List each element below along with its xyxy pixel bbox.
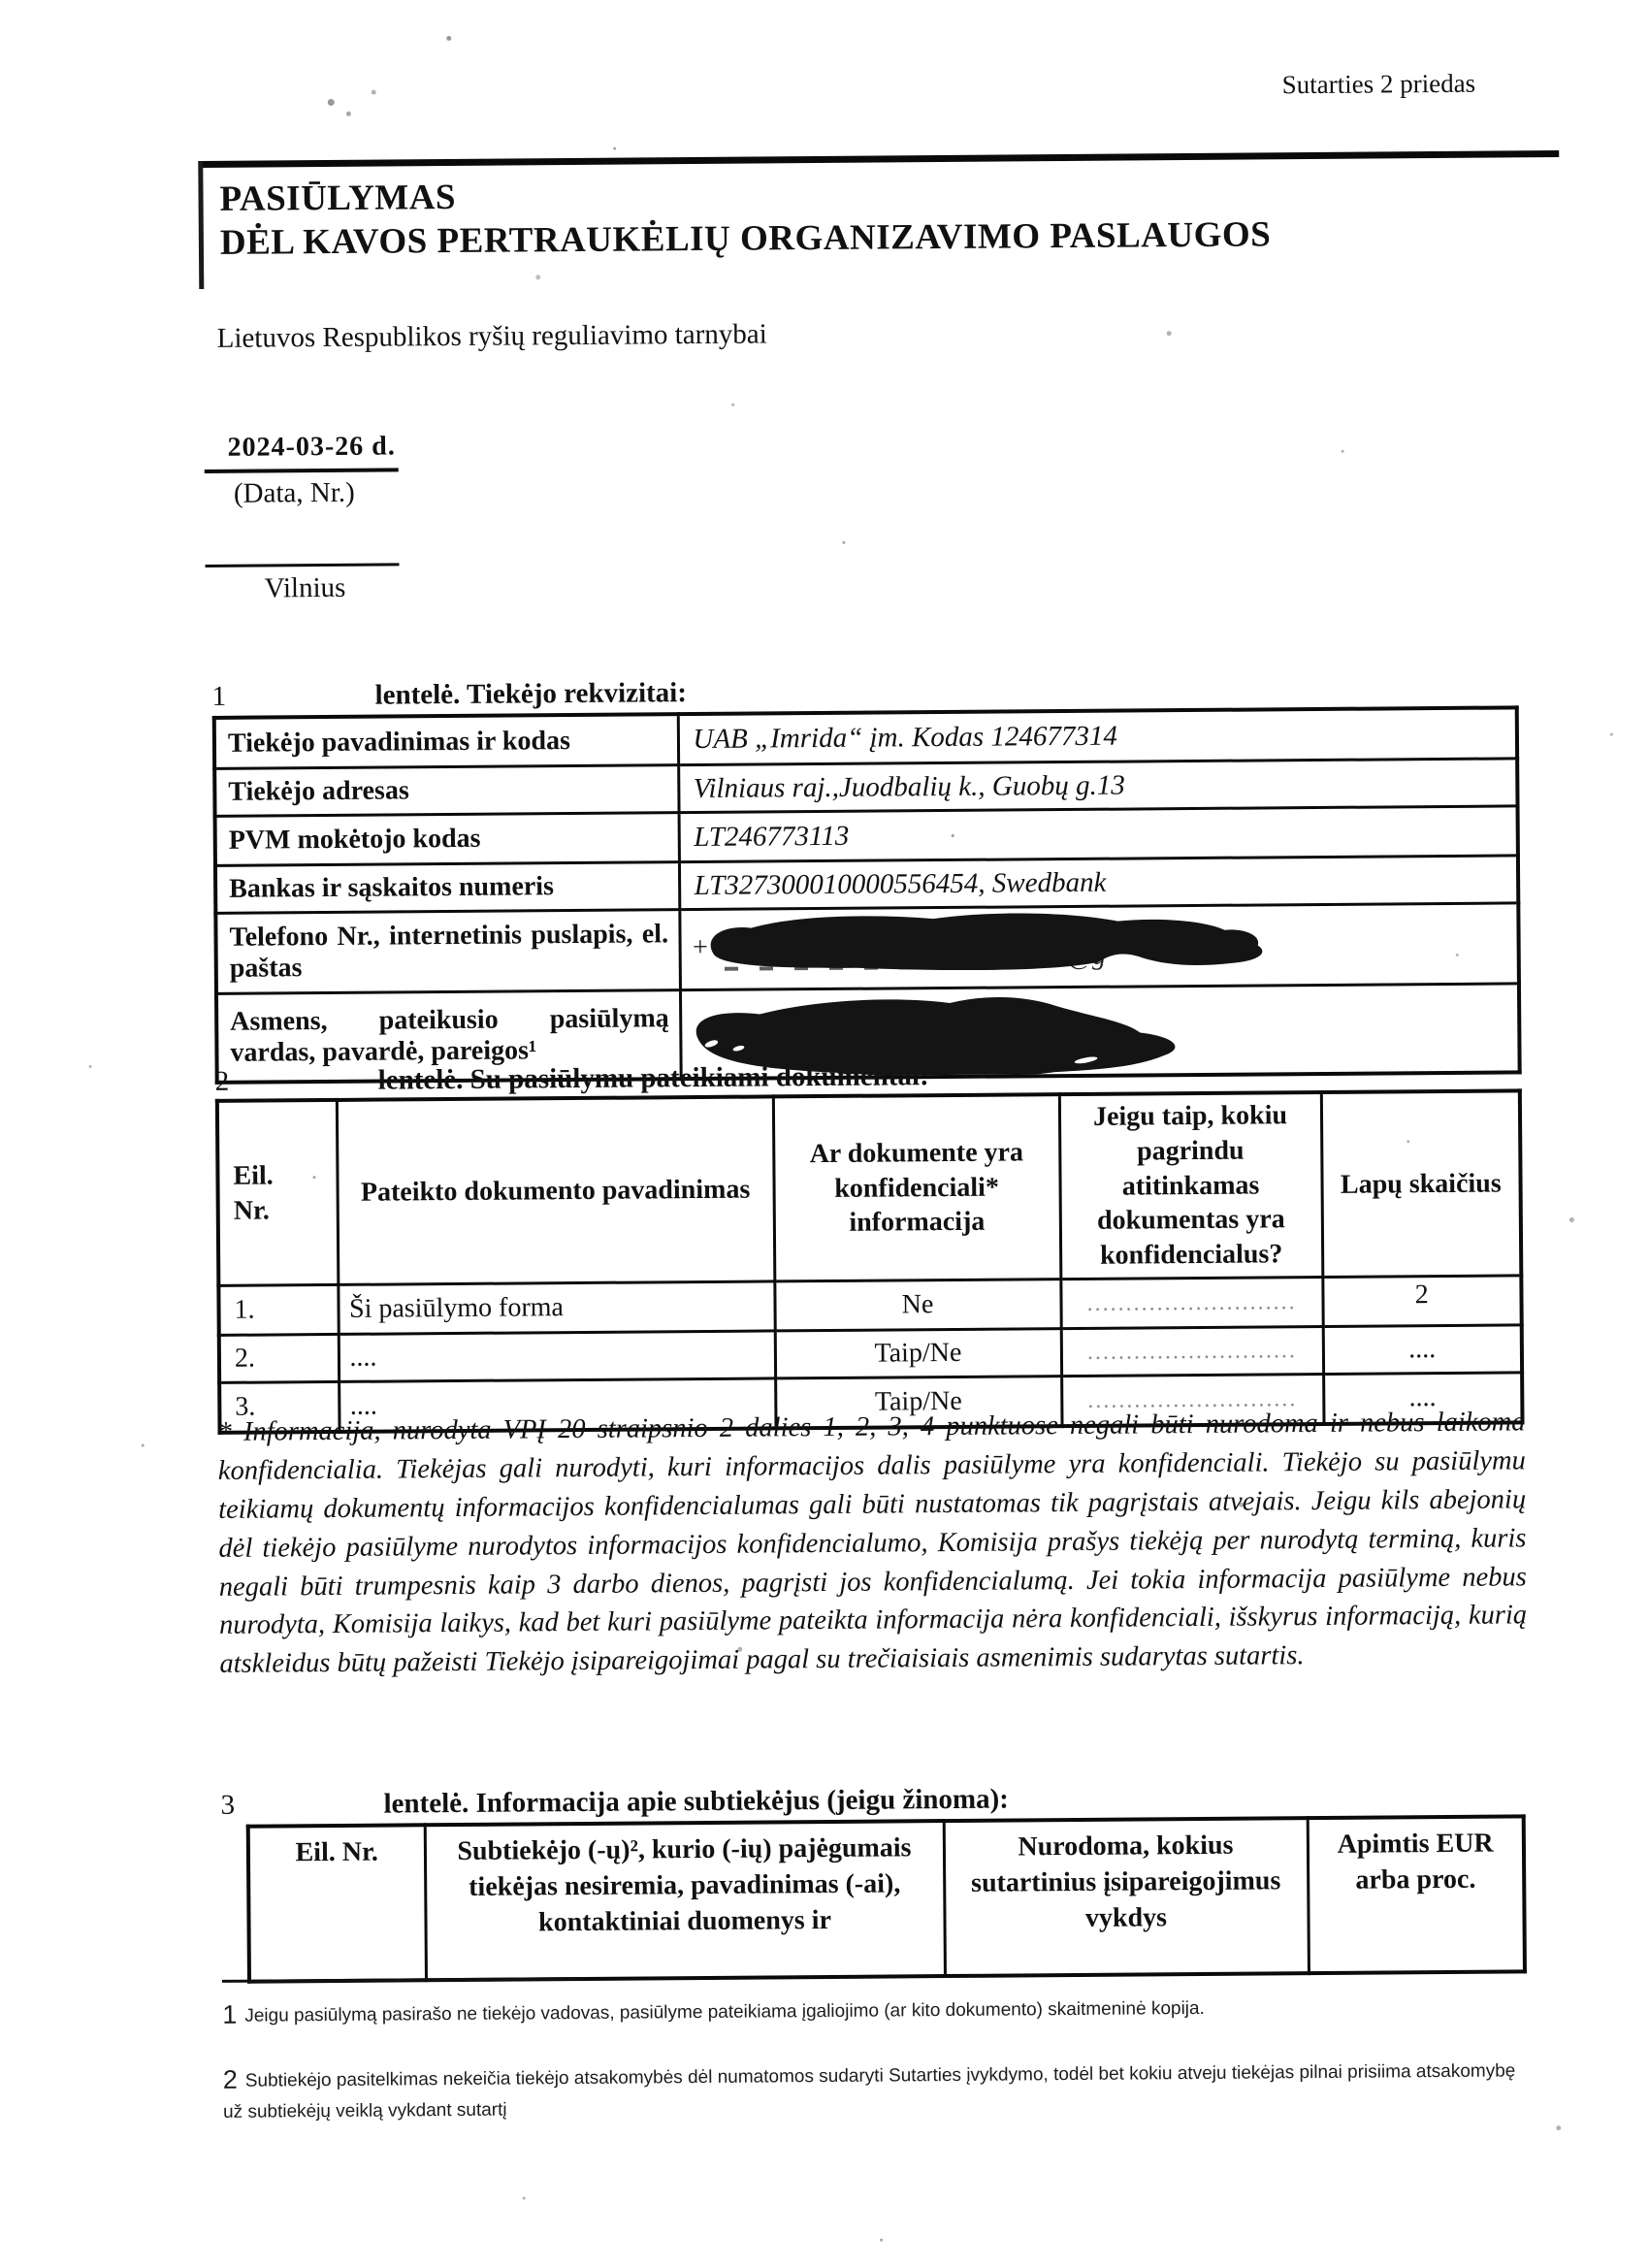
footnote-1: 1Jeigu pasiūlymą pasirašo ne tiekėjo vad… — [222, 1986, 1541, 2034]
table3-header-cell: Subtiekėjo (-ų)², kurio (-ių) pajėgumais… — [425, 1821, 945, 1980]
table1-label-cell: Bankas ir sąskaitos numeris — [215, 862, 679, 914]
table2-cell: ........................... — [1060, 1278, 1322, 1329]
title-left-rule — [198, 161, 204, 289]
table1-label-cell: Telefono Nr., internetinis puslapis, el.… — [215, 910, 680, 994]
footnote-1-text: Jeigu pasiūlymą pasirašo ne tiekėjo vado… — [244, 1998, 1205, 2026]
scan-content: Sutarties 2 priedas PASIŪLYMAS DĖL KAVOS… — [0, 0, 1649, 2268]
date-caption: (Data, Nr.) — [234, 477, 355, 510]
corner-annotation: Sutarties 2 priedas — [1282, 68, 1535, 100]
table3-header-cell: Nurodoma, kokius sutartinius įsipareigoj… — [944, 1818, 1309, 1976]
table2-header-cell: Lapų skaičius — [1321, 1090, 1521, 1277]
footnote-1-number: 1 — [222, 2000, 237, 2029]
table1-number: 1 — [211, 680, 374, 713]
document-title-line2: DĖL KAVOS PERTRAUKĖLIŲ ORGANIZAVIMO PASL… — [220, 211, 1520, 265]
table2-cell: Taip/Ne — [775, 1329, 1061, 1378]
table-row: Telefono Nr., internetinis puslapis, el.… — [215, 903, 1519, 994]
redaction-blob — [680, 991, 1202, 1079]
redaction-blob — [700, 908, 1264, 979]
footnote-2: 2Subtiekėjo pasitelkimas nekeičia tiekėj… — [223, 2051, 1535, 2125]
table2-header-cell: Eil. Nr. — [217, 1100, 338, 1286]
table1-title: lentelė. Tiekėjo rekvizitai: — [374, 677, 687, 712]
table2-cell: ........................... — [1061, 1327, 1323, 1377]
table1-value-cell: LT246773113 — [679, 806, 1518, 862]
date-underline — [205, 468, 399, 473]
table2-header-cell: Pateikto dokumento pavadinimas — [337, 1096, 774, 1284]
table1-label-cell: PVM mokėtojo kodas — [215, 813, 679, 866]
table-header-row: Eil. Nr. Subtiekėjo (-ų)², kurio (-ių) p… — [248, 1816, 1525, 1981]
table1-value-cell: UAB „Imrida“ įm. Kodas 124677314 — [678, 707, 1517, 764]
supplier-details-table: Tiekėjo pavadinimas ir kodas UAB „Imrida… — [212, 705, 1522, 1085]
date-value: 2024-03-26 d. — [227, 431, 395, 463]
city-label: Vilnius — [265, 572, 346, 605]
table2-header-cell: Jeigu taip, kokiu pagrindu atitinkamas d… — [1059, 1092, 1322, 1280]
table1-value-cell: Vilniaus raj.,Juodbalių k., Guobų g.13 — [678, 759, 1517, 813]
confidentiality-footnote: * Informacija, nurodyta VPĮ 20 straipsni… — [217, 1403, 1527, 1684]
table3-number: 3 — [220, 1789, 383, 1822]
table1-value-cell: LT327300010000556454, Swedbank — [679, 856, 1518, 910]
table1-value-cell-redacted: + @g — [679, 903, 1519, 990]
footnote-2-number: 2 — [223, 2065, 238, 2094]
table2-cell: Ši pasiūlymo forma — [338, 1281, 774, 1335]
table2-header-cell: Ar dokumente yra konfidenciali* informac… — [773, 1094, 1060, 1281]
scanned-document-page: Sutarties 2 priedas PASIŪLYMAS DĖL KAVOS… — [0, 0, 1649, 2268]
table3-title: lentelė. Informacija apie subtiekėjus (j… — [383, 1784, 1009, 1821]
addressee-line: Lietuvos Respublikos ryšių reguliavimo t… — [217, 316, 1090, 355]
title-top-rule — [199, 150, 1559, 168]
table2-cell: 2. — [219, 1335, 339, 1383]
table1-label-cell: Tiekėjo pavadinimas ir kodas — [214, 714, 678, 768]
footnote-2-text: Subtiekėjo pasitelkimas nekeičia tiekėjo… — [223, 2060, 1515, 2122]
table2-cell: 2 — [1322, 1276, 1521, 1327]
subcontractors-table: Eil. Nr. Subtiekėjo (-ų)², kurio (-ių) p… — [246, 1814, 1527, 1983]
document-title: PASIŪLYMAS DĖL KAVOS PERTRAUKĖLIŲ ORGANI… — [219, 167, 1520, 265]
table3-header-cell: Eil. Nr. — [248, 1825, 426, 1981]
table1-label-cell: Tiekėjo adresas — [214, 765, 678, 817]
table2-cell: Ne — [774, 1280, 1060, 1331]
table2-cell: .... — [1323, 1325, 1522, 1375]
table2-cell: 1. — [218, 1285, 338, 1336]
submitted-documents-table: Eil. Nr. Pateikto dokumento pavadinimas … — [215, 1088, 1525, 1435]
city-overline — [206, 563, 400, 567]
table3-header-cell: Apimtis EUR arba proc. — [1308, 1816, 1525, 1973]
table-header-row: Eil. Nr. Pateikto dokumento pavadinimas … — [217, 1090, 1521, 1285]
table2-cell: .... — [339, 1331, 775, 1382]
table2-number: 2 — [215, 1065, 378, 1098]
